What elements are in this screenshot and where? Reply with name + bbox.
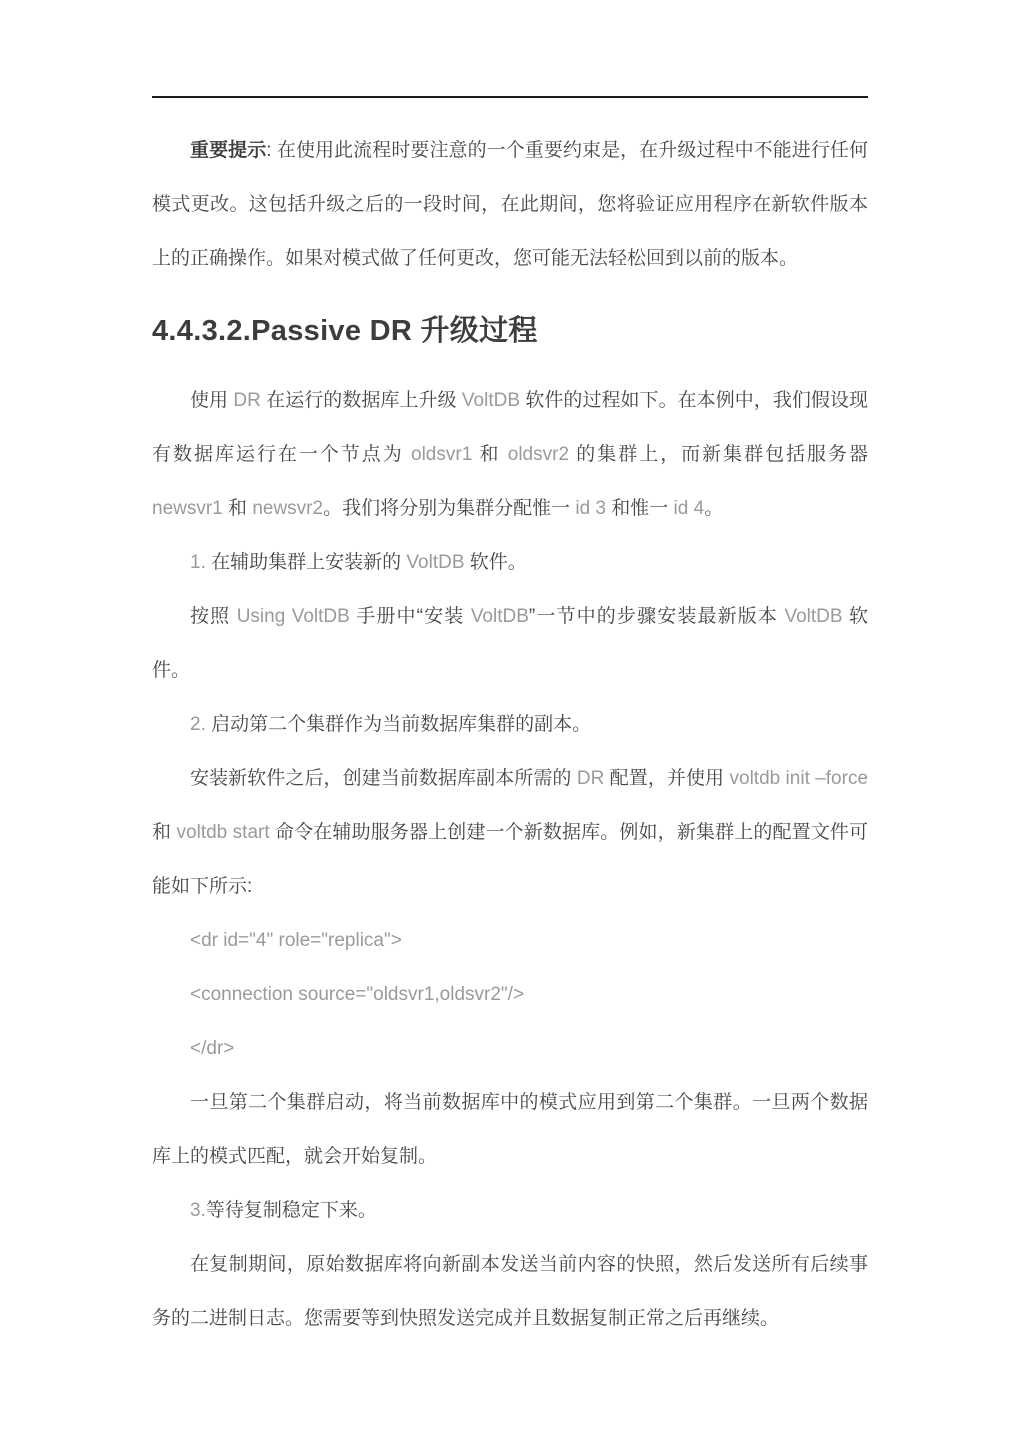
text-run: newsvr2 bbox=[252, 498, 323, 519]
text-run: 使用 bbox=[190, 390, 233, 411]
code-line-dr-close: </dr> bbox=[152, 1022, 868, 1076]
text-run: 安装新软件之后，创建当前数据库副本所需的 bbox=[190, 768, 577, 789]
text-run: 在运行的数据库上升级 bbox=[261, 390, 462, 411]
text-run: 配置，并使用 bbox=[604, 768, 729, 789]
document-content: 重要提示: 在使用此流程时要注意的一个重要约束是，在升级过程中不能进行任何模式更… bbox=[152, 96, 868, 1346]
text-run: newsvr1 bbox=[152, 498, 223, 519]
text-run: id 4 bbox=[674, 498, 705, 519]
step-2-detail-paragraph: 安装新软件之后，创建当前数据库副本所需的 DR 配置，并使用 voltdb in… bbox=[152, 752, 868, 914]
text-run: 2. bbox=[190, 714, 211, 735]
top-rule bbox=[152, 96, 868, 98]
step-2-item: 2. 启动第二个集群作为当前数据库集群的副本。 bbox=[152, 698, 868, 752]
section-heading: 4.4.3.2.Passive DR 升级过程 bbox=[152, 310, 868, 352]
text-run: 和 bbox=[472, 444, 508, 465]
text-run: 在辅助集群上安装新的 bbox=[211, 552, 406, 573]
code-line-connection: <connection source="oldsvr1,oldsvr2"/> bbox=[152, 968, 868, 1022]
step-1-item: 1. 在辅助集群上安装新的 VoltDB 软件。 bbox=[152, 536, 868, 590]
text-run: 手册中“安装 bbox=[350, 606, 471, 627]
text-run: DR bbox=[577, 768, 604, 789]
text-run: 1. bbox=[190, 552, 211, 573]
text-run: <dr id="4" role="replica"> bbox=[190, 930, 402, 951]
text-run: 和惟一 bbox=[606, 498, 674, 519]
text-run: VoltDB bbox=[784, 606, 842, 627]
document-page: 重要提示: 在使用此流程时要注意的一个重要约束是，在升级过程中不能进行任何模式更… bbox=[0, 0, 1019, 1440]
text-run: VoltDB bbox=[462, 390, 520, 411]
replication-start-paragraph: 一旦第二个集群启动，将当前数据库中的模式应用到第二个集群。一旦两个数据库上的模式… bbox=[152, 1076, 868, 1184]
text-run: Using VoltDB bbox=[237, 606, 350, 627]
text-run: 重要提示 bbox=[190, 140, 266, 161]
important-note-paragraph: 重要提示: 在使用此流程时要注意的一个重要约束是，在升级过程中不能进行任何模式更… bbox=[152, 124, 868, 286]
text-run: 。 bbox=[704, 498, 723, 519]
text-run: DR bbox=[233, 390, 260, 411]
text-run: VoltDB bbox=[471, 606, 529, 627]
text-run: oldsvr2 bbox=[508, 444, 569, 465]
text-run: 启动第二个集群作为当前数据库集群的副本。 bbox=[211, 714, 591, 735]
text-run: oldsvr1 bbox=[411, 444, 472, 465]
intro-paragraph: 使用 DR 在运行的数据库上升级 VoltDB 软件的过程如下。在本例中，我们假… bbox=[152, 374, 868, 536]
text-run: 的集群上，而新集群包括服务器 bbox=[569, 444, 868, 465]
text-run: 一旦第二个集群启动，将当前数据库中的模式应用到第二个集群。一旦两个数据库上的模式… bbox=[152, 1092, 868, 1167]
text-run: <connection source="oldsvr1,oldsvr2"/> bbox=[190, 984, 524, 1005]
step-1-detail-paragraph: 按照 Using VoltDB 手册中“安装 VoltDB”一节中的步骤安装最新… bbox=[152, 590, 868, 698]
text-run: 3. bbox=[190, 1200, 206, 1221]
text-run: 软件。 bbox=[465, 552, 527, 573]
text-run: 和 bbox=[223, 498, 253, 519]
text-run: 。我们将分别为集群分配惟一 bbox=[323, 498, 575, 519]
text-run: VoltDB bbox=[406, 552, 464, 573]
text-run: 和 bbox=[152, 822, 177, 843]
step-3-detail-paragraph: 在复制期间，原始数据库将向新副本发送当前内容的快照，然后发送所有后续事务的二进制… bbox=[152, 1238, 868, 1346]
text-run: 在复制期间，原始数据库将向新副本发送当前内容的快照，然后发送所有后续事务的二进制… bbox=[152, 1254, 868, 1329]
step-3-item: 3.等待复制稳定下来。 bbox=[152, 1184, 868, 1238]
text-run: voltdb init –force bbox=[730, 768, 869, 789]
text-run: voltdb start bbox=[177, 822, 270, 843]
text-run: id 3 bbox=[575, 498, 606, 519]
text-run: 按照 bbox=[190, 606, 237, 627]
text-run: </dr> bbox=[190, 1038, 234, 1059]
code-line-dr-open: <dr id="4" role="replica"> bbox=[152, 914, 868, 968]
text-run: 等待复制稳定下来。 bbox=[206, 1200, 377, 1221]
text-run: ”一节中的步骤安装最新版本 bbox=[529, 606, 785, 627]
